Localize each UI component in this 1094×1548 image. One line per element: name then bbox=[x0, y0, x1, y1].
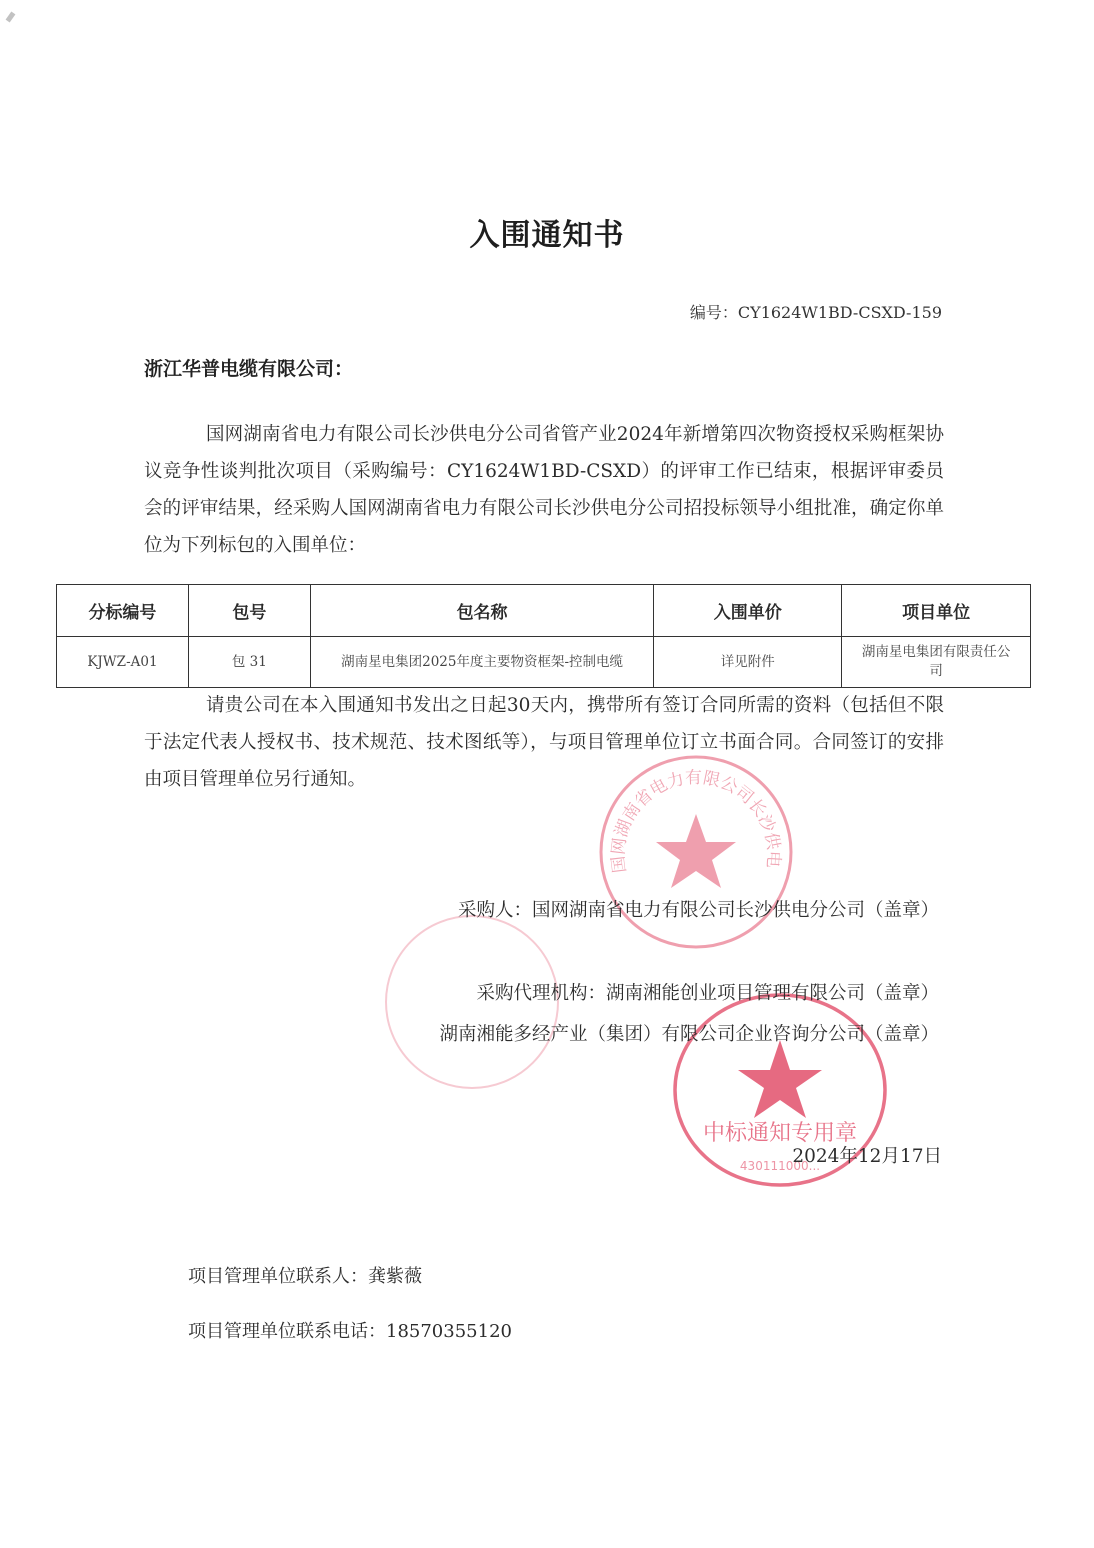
table-header-row: 分标编号 包号 包名称 入围单价 项目单位 bbox=[57, 585, 1031, 637]
contact-phone-label: 项目管理单位联系电话： bbox=[188, 1321, 386, 1342]
cell-unit-price: 详见附件 bbox=[654, 637, 842, 688]
issue-date: 2024年12月17日 bbox=[792, 1142, 942, 1168]
contact-person-label: 项目管理单位联系人： bbox=[188, 1266, 368, 1287]
header-unit-price: 入围单价 bbox=[654, 585, 842, 637]
cell-package-name: 湖南星电集团2025年度主要物资框架-控制电缆 bbox=[310, 637, 654, 688]
agency-signature: 采购代理机构：湖南湘能创业项目管理有限公司（盖章） bbox=[476, 979, 939, 1005]
paragraph-text: 请贵公司在本入围通知书发出之日起30天内，携带所有签订合同所需的资料（包括但不限… bbox=[144, 687, 944, 798]
contact-phone-value: 18570355120 bbox=[386, 1321, 512, 1342]
body-paragraph-2: 请贵公司在本入围通知书发出之日起30天内，携带所有签订合同所需的资料（包括但不限… bbox=[144, 687, 944, 798]
document-title: 入围通知书 bbox=[0, 210, 1094, 254]
addressee: 浙江华普电缆有限公司： bbox=[144, 354, 353, 381]
header-package-name: 包名称 bbox=[310, 585, 654, 637]
header-project-unit: 项目单位 bbox=[842, 585, 1031, 637]
table-row: KJWZ-A01 包 31 湖南星电集团2025年度主要物资框架-控制电缆 详见… bbox=[57, 637, 1031, 688]
contact-phone: 项目管理单位联系电话：18570355120 bbox=[188, 1317, 512, 1343]
cell-project-unit: 湖南星电集团有限责任公司 bbox=[842, 637, 1031, 688]
contact-person-value: 龚紫薇 bbox=[368, 1266, 422, 1287]
agency2-signature: 湖南湘能多经产业（集团）有限公司企业咨询分公司（盖章） bbox=[439, 1020, 939, 1046]
purchaser-signature: 采购人：国网湖南省电力有限公司长沙供电分公司（盖章） bbox=[458, 896, 939, 922]
header-package-number: 包号 bbox=[188, 585, 310, 637]
document-number-label: 编号： bbox=[690, 303, 738, 322]
cell-lot-number: KJWZ-A01 bbox=[57, 637, 189, 688]
document-number-value: CY1624W1BD-CSXD-159 bbox=[738, 303, 942, 322]
paragraph-text: 国网湖南省电力有限公司长沙供电分公司省管产业2024年新增第四次物资授权采购框架… bbox=[144, 416, 944, 564]
cell-package-number: 包 31 bbox=[188, 637, 310, 688]
document-number: 编号：CY1624W1BD-CSXD-159 bbox=[690, 300, 942, 323]
scan-mark bbox=[6, 11, 16, 22]
header-lot-number: 分标编号 bbox=[57, 585, 189, 637]
package-table: 分标编号 包号 包名称 入围单价 项目单位 KJWZ-A01 包 31 湖南星电… bbox=[56, 584, 1031, 688]
contact-person: 项目管理单位联系人：龚紫薇 bbox=[188, 1262, 422, 1288]
body-paragraph-1: 国网湖南省电力有限公司长沙供电分公司省管产业2024年新增第四次物资授权采购框架… bbox=[144, 416, 944, 564]
